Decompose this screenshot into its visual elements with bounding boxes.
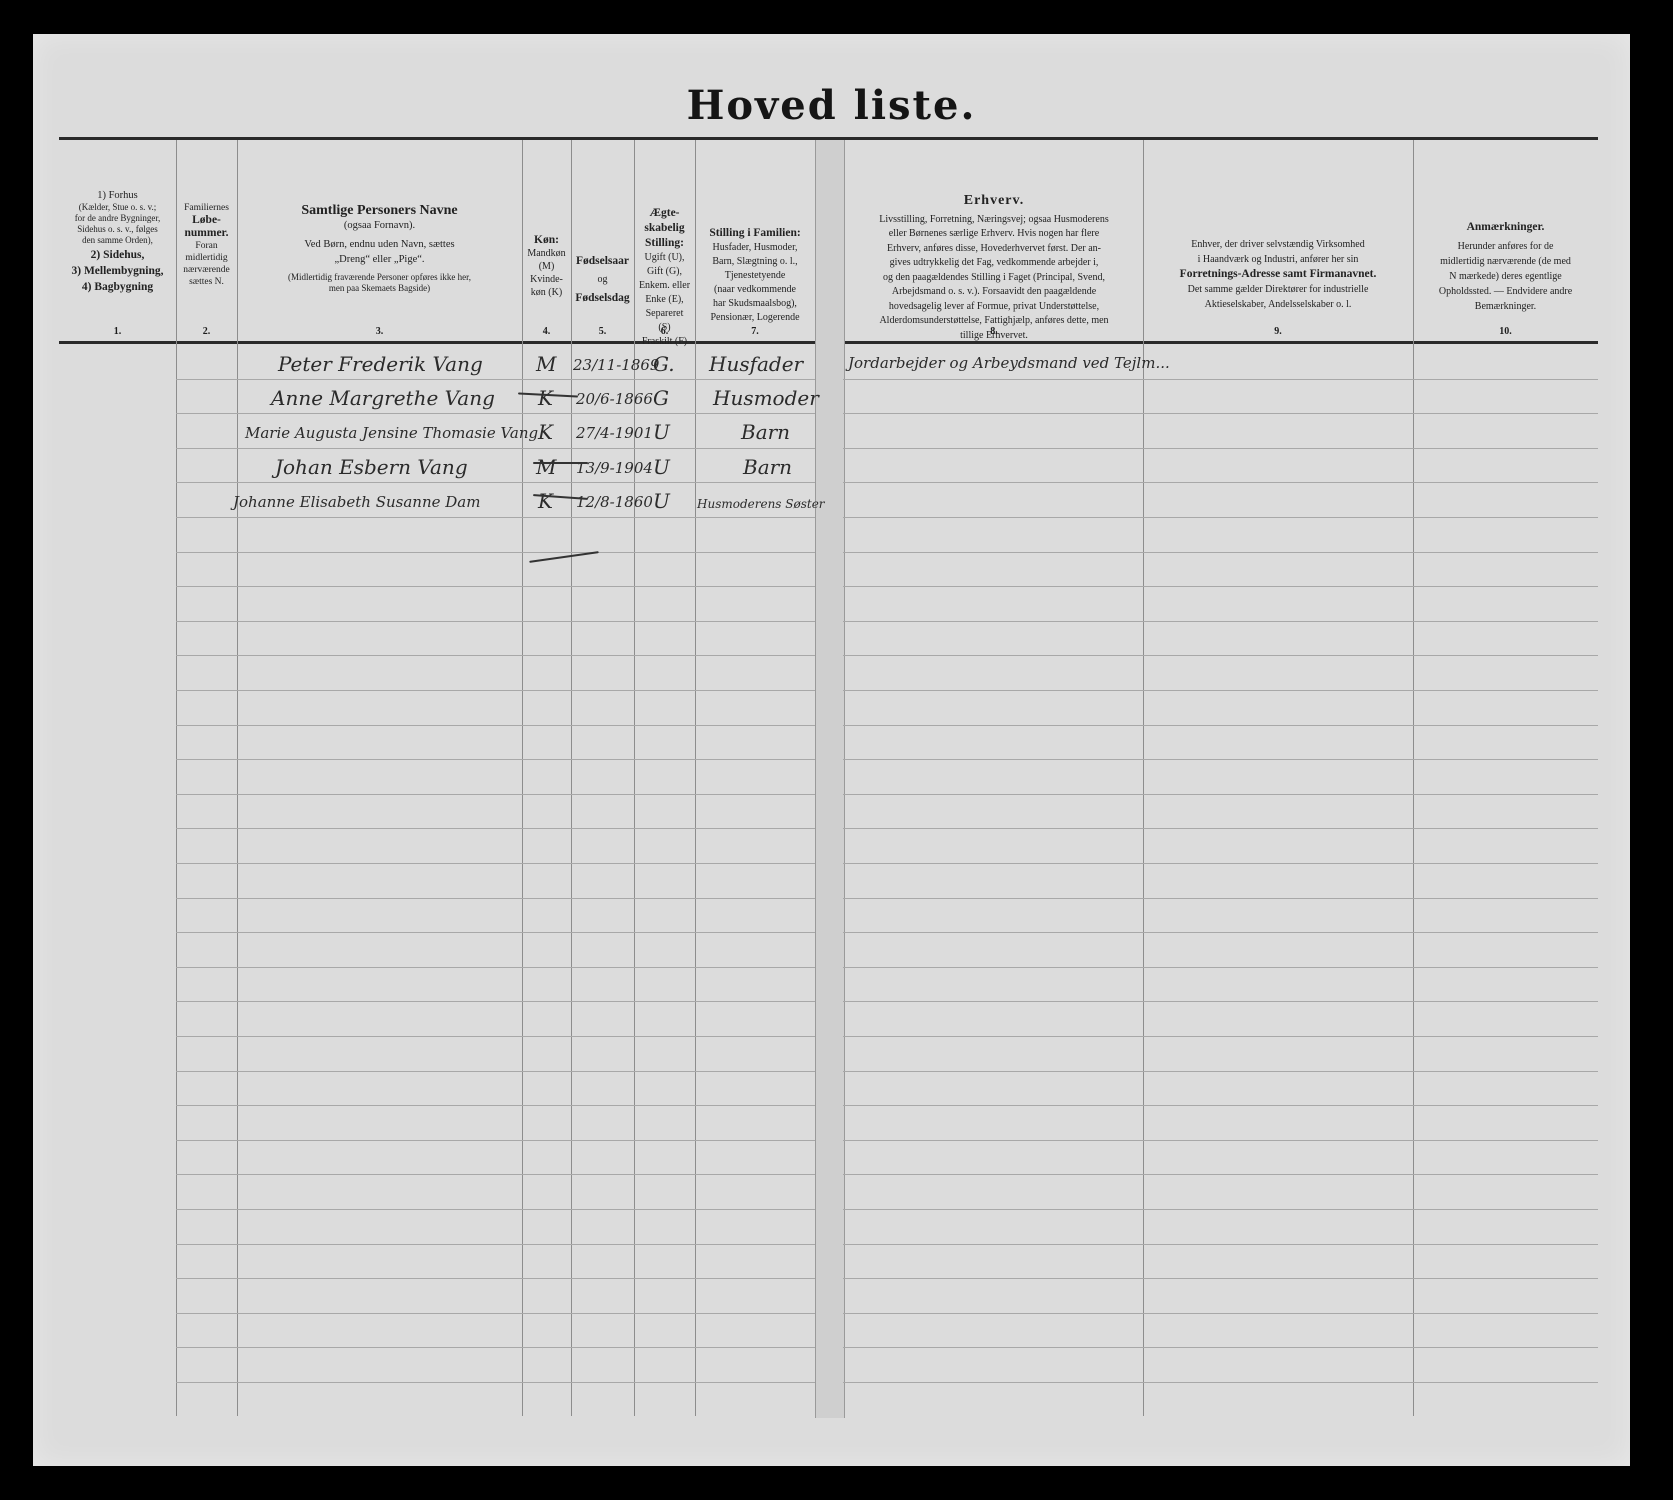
col4-header: Køn: Mandkøn (M) Kvinde- køn (K) <box>522 234 571 299</box>
row-rule <box>843 413 1598 414</box>
row-rule <box>843 1140 1598 1141</box>
census-form-page: Hoved liste. 1) Forhus (Kælder, Stue o. … <box>33 34 1630 1466</box>
col-num-9: 9. <box>1143 326 1413 337</box>
row-rule <box>843 1001 1598 1002</box>
row-rule <box>176 1140 815 1141</box>
row-rule <box>176 725 815 726</box>
row-rule <box>176 621 815 622</box>
person-marital: U <box>653 455 670 479</box>
col1-header: 1) Forhus (Kælder, Stue o. s. v.;for de … <box>59 189 176 294</box>
person-name: Anne Margrethe Vang <box>271 386 495 410</box>
col9-header: Enhver, der driver selvstændig Virksomhe… <box>1143 237 1413 312</box>
person-family-role: Barn <box>741 420 790 444</box>
col-num-10: 10. <box>1413 326 1598 337</box>
person-marital: G. <box>653 352 675 376</box>
row-rule <box>843 690 1598 691</box>
row-rule <box>843 552 1598 553</box>
row-rule <box>176 1244 815 1245</box>
person-sex: K <box>538 386 553 410</box>
row-rule <box>843 1071 1598 1072</box>
row-rule <box>176 1036 815 1037</box>
row-rule <box>843 1347 1598 1348</box>
row-rule <box>843 1382 1598 1383</box>
row-rule <box>843 517 1598 518</box>
col2-header: Familiernes Løbe- nummer. Foran midlerti… <box>176 202 237 288</box>
row-rule <box>176 379 815 380</box>
person-birth: 27/4-1901 <box>576 424 653 442</box>
col-num-8: 8. <box>845 326 1143 337</box>
row-rule <box>176 967 815 968</box>
row-rule <box>843 655 1598 656</box>
row-rule <box>176 828 815 829</box>
row-rule <box>843 967 1598 968</box>
form-title: Hoved liste. <box>33 82 1630 129</box>
row-rule <box>176 690 815 691</box>
person-family-role: Husfader <box>709 352 803 376</box>
row-rule <box>176 448 815 449</box>
person-name: Marie Augusta Jensine Thomasie Vang <box>245 424 538 442</box>
row-rule <box>176 1278 815 1279</box>
row-rule <box>843 1174 1598 1175</box>
person-birth: 20/6-1866 <box>576 390 653 408</box>
row-rule <box>843 586 1598 587</box>
col-num-6: 6. <box>634 326 695 337</box>
row-rule <box>176 655 815 656</box>
row-rule <box>843 379 1598 380</box>
row-rule <box>843 725 1598 726</box>
row-rule <box>843 794 1598 795</box>
person-sex: M <box>536 455 556 479</box>
col-num-2: 2. <box>176 326 237 337</box>
row-rule <box>176 759 815 760</box>
row-rule <box>843 759 1598 760</box>
col-num-5: 5. <box>571 326 634 337</box>
row-rule <box>176 1001 815 1002</box>
row-rule <box>176 794 815 795</box>
row-rule <box>843 1278 1598 1279</box>
row-rule <box>843 1313 1598 1314</box>
row-rule <box>176 863 815 864</box>
row-rule <box>176 1071 815 1072</box>
row-rule <box>176 552 815 553</box>
col3-header: Samtlige Personers Navne (ogsaa Fornavn)… <box>237 204 522 294</box>
row-rule <box>843 898 1598 899</box>
row-rule <box>843 448 1598 449</box>
col-num-4: 4. <box>522 326 571 337</box>
row-rule <box>843 932 1598 933</box>
row-rule <box>176 898 815 899</box>
row-rule <box>176 1347 815 1348</box>
row-rule <box>843 828 1598 829</box>
person-name: Johan Esbern Vang <box>275 455 468 479</box>
person-family-role: Husmoder <box>713 386 819 410</box>
row-rule <box>843 1105 1598 1106</box>
row-rule <box>843 1209 1598 1210</box>
row-rule <box>843 1244 1598 1245</box>
col8-header: Erhverv. Livsstilling, Forretning, Nærin… <box>845 194 1143 343</box>
person-marital: U <box>653 489 670 513</box>
col-num-7: 7. <box>695 326 815 337</box>
row-rule <box>176 1105 815 1106</box>
person-sex: K <box>538 489 553 513</box>
row-rule <box>176 1313 815 1314</box>
col-num-1: 1. <box>59 326 176 337</box>
row-rule <box>843 621 1598 622</box>
row-rule <box>176 586 815 587</box>
pen-stroke <box>529 551 599 563</box>
row-rule <box>176 1209 815 1210</box>
col7-header: Stilling i Familien: Husfader, Husmoder,… <box>695 226 815 325</box>
row-rule <box>176 1174 815 1175</box>
row-rule <box>176 482 815 483</box>
person-occupation: Jordarbejder og Arbeydsmand ved Tejlm... <box>848 354 1170 372</box>
person-birth: 23/11-1869 <box>573 356 659 374</box>
pen-stroke <box>533 462 588 464</box>
person-name: Peter Frederik Vang <box>278 352 483 376</box>
row-rule <box>176 413 815 414</box>
page-gutter <box>815 140 845 1418</box>
person-sex: K <box>538 420 553 444</box>
person-family-role: Barn <box>743 455 792 479</box>
person-sex: M <box>536 352 556 376</box>
row-rule <box>843 1036 1598 1037</box>
col-num-3: 3. <box>237 326 522 337</box>
col10-header: Anmærkninger. Herunder anføres for de mi… <box>1413 220 1598 314</box>
person-marital: U <box>653 420 670 444</box>
row-rule <box>176 932 815 933</box>
row-rule <box>843 863 1598 864</box>
row-rule <box>843 482 1598 483</box>
person-family-role: Husmoderens Søster <box>697 497 825 511</box>
person-birth: 12/8-1860 <box>576 493 653 511</box>
row-rule <box>176 517 815 518</box>
person-name: Johanne Elisabeth Susanne Dam <box>233 493 480 511</box>
row-rule <box>176 1382 815 1383</box>
person-marital: G <box>653 386 669 410</box>
col5-header: Fødselsaar og Fødselsdag <box>571 252 634 308</box>
